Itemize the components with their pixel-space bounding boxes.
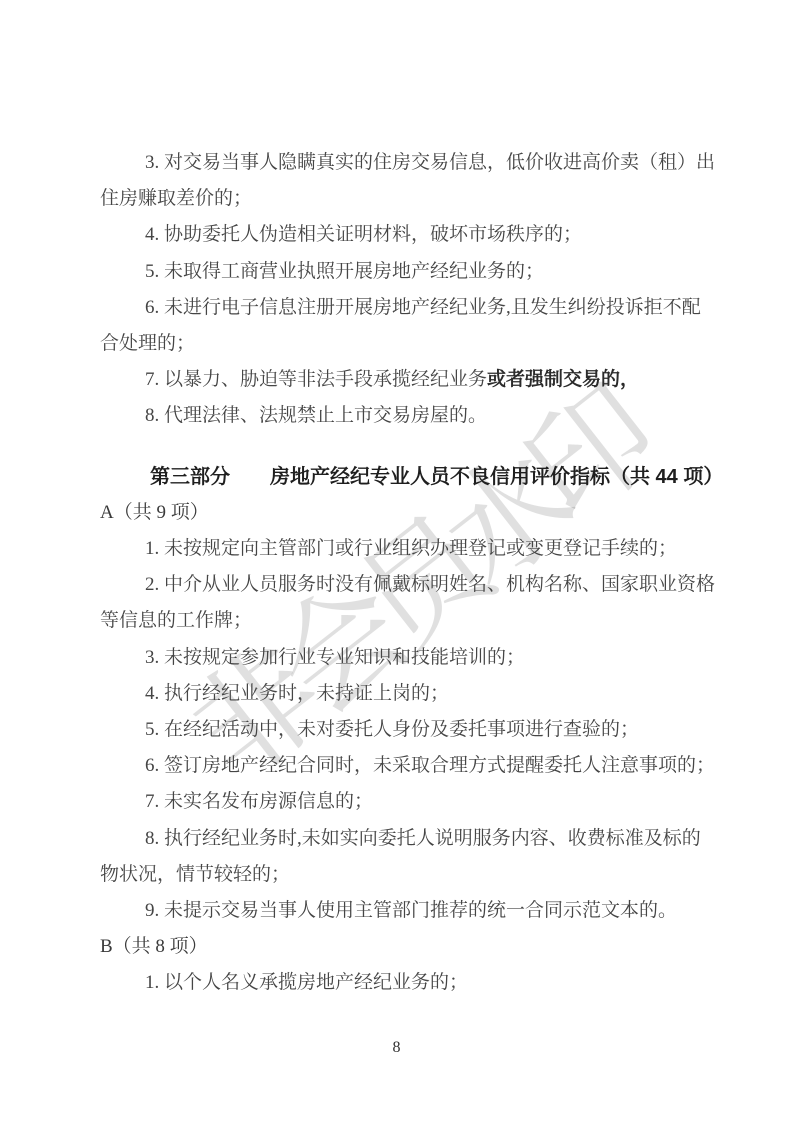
text-run: 合处理的；	[100, 333, 195, 354]
document-line-item: 3. 对交易当事人隐瞒真实的住房交易信息，低价收进高价卖（租）出	[100, 145, 704, 181]
document-line-item: 6. 签订房地产经纪合同时，未采取合理方式提醒委托人注意事项的；	[100, 748, 704, 784]
text-run: 第三部分 房地产经纪专业人员不良信用评价指标（共 44 项）	[150, 466, 723, 488]
document-line-item: 3. 未按规定参加行业专业知识和技能培训的；	[100, 640, 704, 676]
text-run: B（共 8 项）	[100, 936, 208, 957]
text-run: 9. 未提示交易当事人使用主管部门推荐的统一合同示范文本的。	[145, 900, 677, 921]
text-run: A（共 9 项）	[100, 502, 209, 523]
document-line-cont: 等信息的工作牌；	[100, 603, 704, 639]
text-run: 1. 以个人名义承揽房地产经纪业务的；	[145, 972, 468, 993]
text-run: 5. 未取得工商营业执照开展房地产经纪业务的；	[145, 261, 544, 282]
text-run: 8. 代理法律、法规禁止上市交易房屋的。	[145, 405, 487, 426]
document-line-item: 6. 未进行电子信息注册开展房地产经纪业务,且发生纠纷投诉拒不配	[100, 290, 704, 326]
text-run: 4. 执行经纪业务时，未持证上岗的；	[145, 683, 449, 704]
page-number: 8	[0, 1038, 793, 1058]
document-line-item: 7. 以暴力、胁迫等非法手段承揽经纪业务或者强制交易的，	[100, 362, 704, 398]
emphasized-text-run: 或者强制交易的，	[487, 369, 639, 390]
text-run: 4. 协助委托人伪造相关证明材料，破坏市场秩序的；	[145, 224, 582, 245]
document-line-item: 8. 执行经纪业务时,未如实向委托人说明服务内容、收费标准及标的	[100, 821, 704, 857]
document-line-item: 5. 未取得工商营业执照开展房地产经纪业务的；	[100, 254, 704, 290]
document-line-label: B（共 8 项）	[100, 929, 704, 965]
document-line-label: A（共 9 项）	[100, 495, 704, 531]
document-line-item: 5. 在经纪活动中，未对委托人身份及委托事项进行查验的；	[100, 712, 704, 748]
text-run: 8. 执行经纪业务时,未如实向委托人说明服务内容、收费标准及标的	[145, 828, 701, 849]
document-content: 3. 对交易当事人隐瞒真实的住房交易信息，低价收进高价卖（租）出住房赚取差价的；…	[100, 145, 704, 1002]
document-line-item: 9. 未提示交易当事人使用主管部门推荐的统一合同示范文本的。	[100, 893, 704, 929]
text-run: 5. 在经纪活动中，未对委托人身份及委托事项进行查验的；	[145, 719, 639, 740]
text-run: 6. 签订房地产经纪合同时，未采取合理方式提醒委托人注意事项的；	[145, 755, 715, 776]
text-run: 等信息的工作牌；	[100, 610, 252, 631]
document-page: 非会员水印 3. 对交易当事人隐瞒真实的住房交易信息，低价收进高价卖（租）出住房…	[0, 0, 793, 1122]
text-run: 3. 对交易当事人隐瞒真实的住房交易信息，低价收进高价卖（租）出	[145, 152, 715, 173]
document-line-item: 8. 代理法律、法规禁止上市交易房屋的。	[100, 398, 704, 434]
document-line-item: 1. 以个人名义承揽房地产经纪业务的；	[100, 965, 704, 1001]
document-line-item: 1. 未按规定向主管部门或行业组织办理登记或变更登记手续的；	[100, 531, 704, 567]
document-line-item: 4. 执行经纪业务时，未持证上岗的；	[100, 676, 704, 712]
section-spacer	[100, 435, 704, 459]
document-line-cont: 住房赚取差价的；	[100, 181, 704, 217]
text-run: 2. 中介从业人员服务时没有佩戴标明姓名、机构名称、国家职业资格	[145, 574, 715, 595]
text-run: 3. 未按规定参加行业专业知识和技能培训的；	[145, 647, 525, 668]
document-line-item: 7. 未实名发布房源信息的；	[100, 784, 704, 820]
text-run: 7. 未实名发布房源信息的；	[145, 791, 373, 812]
document-line-heading: 第三部分 房地产经纪专业人员不良信用评价指标（共 44 项）	[100, 459, 704, 495]
document-line-cont: 物状况，情节较轻的；	[100, 857, 704, 893]
text-run: 1. 未按规定向主管部门或行业组织办理登记或变更登记手续的；	[145, 538, 677, 559]
text-run: 物状况，情节较轻的；	[100, 864, 290, 885]
document-line-cont: 合处理的；	[100, 326, 704, 362]
text-run: 6. 未进行电子信息注册开展房地产经纪业务,且发生纠纷投诉拒不配	[145, 297, 701, 318]
document-line-item: 4. 协助委托人伪造相关证明材料，破坏市场秩序的；	[100, 217, 704, 253]
text-run: 7. 以暴力、胁迫等非法手段承揽经纪业务	[145, 369, 487, 390]
document-line-item: 2. 中介从业人员服务时没有佩戴标明姓名、机构名称、国家职业资格	[100, 567, 704, 603]
text-run: 住房赚取差价的；	[100, 188, 252, 209]
